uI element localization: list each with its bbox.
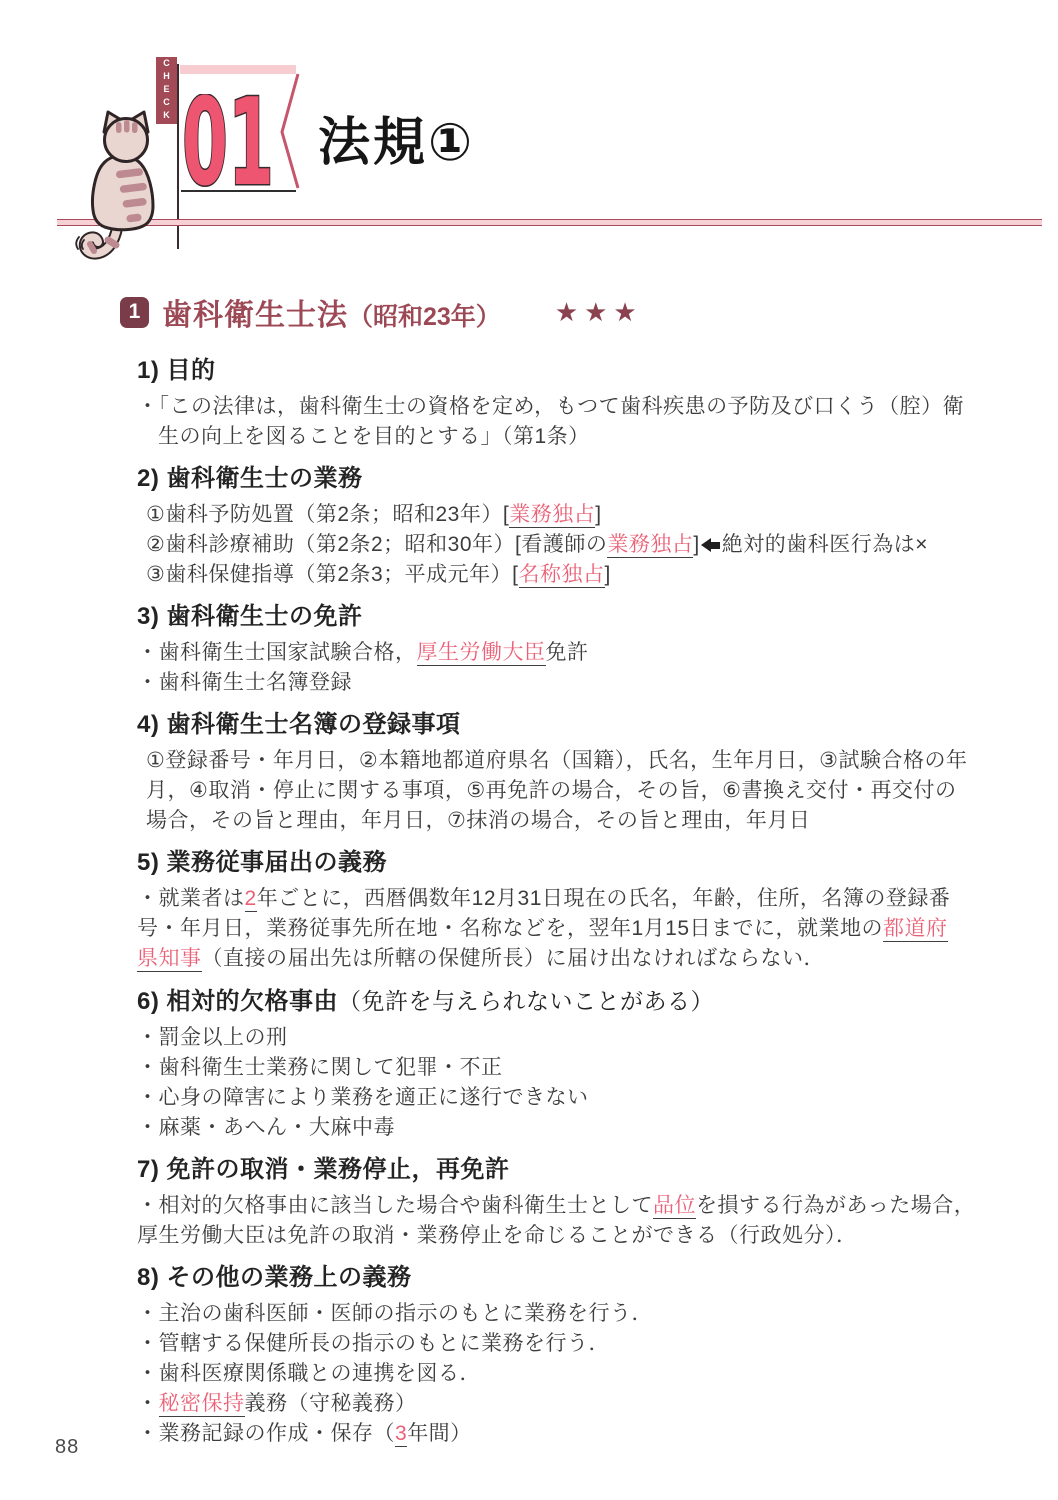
textbook-page: CHECK 01 法規① 1 歯科衛生士法（昭和23年） ★★★ 1) 目的・「…	[0, 0, 1058, 1500]
text-segment: ]	[693, 533, 699, 556]
section-title: 歯科衛生士法（昭和23年）	[162, 290, 501, 334]
chapter-number-text: 01	[182, 94, 274, 194]
text-line: ・就業者は2年ごとに，西暦偶数年12月31日現在の氏名，年齢，住所，名簿の登録番	[137, 884, 1017, 914]
subsection-heading: 4) 歯科衛生士名簿の登録事項	[137, 710, 1017, 740]
section-title-main: 歯科衛生士法	[162, 299, 348, 332]
text-segment: ・歯科衛生士業務に関して犯罪・不正	[137, 1056, 503, 1079]
text-line: ②歯科診療補助（第2条2；昭和30年）[看護師の業務独占]絶対的歯科医行為は×	[137, 530, 1017, 560]
chevron-line	[282, 74, 298, 188]
section-number-badge: 1	[120, 297, 149, 328]
subsection-heading-text: 5) 業務従事届出の義務	[137, 849, 387, 876]
accent-term: 都道府	[883, 917, 948, 942]
page-number: 88	[55, 1436, 79, 1459]
subsection-heading: 6) 相対的欠格事由（免許を与えられないことがある）	[137, 986, 1017, 1017]
text-segment: 場合，その旨と理由，年月日，⑦抹消の場合，その旨と理由，年月日	[146, 809, 810, 832]
subsection-heading-text: 8) その他の業務上の義務	[137, 1264, 412, 1291]
text-line: ・歯科衛生士名簿登録	[137, 668, 1017, 698]
text-line: ・相対的欠格事由に該当した場合や歯科衛生士として品位を損する行為があった場合，	[137, 1191, 1017, 1221]
subsection-heading-text: 1) 目的	[137, 357, 216, 384]
accent-term: 県知事	[137, 947, 202, 972]
text-segment: 年間）	[407, 1422, 472, 1445]
left-arrow-icon	[701, 538, 721, 552]
text-line: ・心身の障害により業務を適正に遂行できない	[137, 1083, 1017, 1113]
accent-term: 3	[395, 1422, 407, 1447]
text-segment: 厚生労働大臣は免許の取消・業務停止を命じることができる（行政処分）．	[137, 1224, 858, 1247]
text-segment: ・罰金以上の刑	[137, 1026, 288, 1049]
text-line: ・歯科衛生士業務に関して犯罪・不正	[137, 1053, 1017, 1083]
text-segment: ・就業者は	[137, 887, 245, 910]
text-segment: ・歯科医療関係職との連携を図る．	[137, 1362, 481, 1385]
text-segment: 義務（守秘義務）	[245, 1392, 417, 1415]
text-line: ・秘密保持義務（守秘義務）	[137, 1389, 1017, 1419]
text-line: ・歯科衛生士国家試験合格，厚生労働大臣免許	[137, 638, 1017, 668]
text-segment: 月，④取消・停止に関する事項，⑤再免許の場合，その旨，⑥書換え交付・再交付の	[146, 779, 956, 802]
text-segment: ・主治の歯科医師・医師の指示のもとに業務を行う．	[137, 1302, 653, 1325]
text-line: ・「この法律は，歯科衛生士の資格を定め，もつて歯科疾患の予防及び口くう（腔）衛	[137, 392, 1017, 422]
text-segment: ①歯科予防処置（第2条；昭和23年）[	[146, 503, 509, 526]
text-segment: ・	[137, 1392, 159, 1415]
header-divider-band	[57, 219, 1042, 226]
subsections: 1) 目的・「この法律は，歯科衛生士の資格を定め，もつて歯科疾患の予防及び口くう…	[137, 356, 1017, 1449]
section-title-note: （昭和23年）	[348, 303, 501, 331]
text-segment: ・心身の障害により業務を適正に遂行できない	[137, 1086, 589, 1109]
text-segment: ・歯科衛生士名簿登録	[137, 671, 352, 694]
subsection-heading-text: 6) 相対的欠格事由	[137, 988, 338, 1015]
subsection: 7) 免許の取消・業務停止，再免許・相対的欠格事由に該当した場合や歯科衛生士とし…	[137, 1155, 1017, 1251]
section-header: 1 歯科衛生士法（昭和23年） ★★★	[120, 290, 643, 334]
text-segment: ・「この法律は，歯科衛生士の資格を定め，もつて歯科疾患の予防及び口くう（腔）衛	[137, 395, 964, 418]
text-segment: ・相対的欠格事由に該当した場合や歯科衛生士として	[137, 1194, 653, 1217]
cat-motion-mark	[76, 237, 79, 249]
subsection-heading-text: 2) 歯科衛生士の業務	[137, 465, 363, 492]
text-segment: （直接の届出先は所轄の保健所長）に届け出なければならない．	[202, 947, 826, 970]
text-segment: ・業務記録の作成・保存（	[137, 1422, 395, 1445]
text-line: ・業務記録の作成・保存（3年間）	[137, 1419, 1017, 1449]
subsection-heading: 5) 業務従事届出の義務	[137, 848, 1017, 878]
subsection-heading: 1) 目的	[137, 356, 1017, 386]
text-line: ・歯科医療関係職との連携を図る．	[137, 1359, 1017, 1389]
chevron-decoration	[276, 72, 302, 190]
importance-stars: ★★★	[555, 297, 643, 328]
text-segment: ①登録番号・年月日，②本籍地都道府県名（国籍），氏名，生年月日，③試験合格の年	[146, 749, 967, 772]
text-segment: を損する行為があった場合，	[696, 1194, 975, 1217]
subsection-heading: 8) その他の業務上の義務	[137, 1263, 1017, 1293]
cat-body	[92, 156, 153, 230]
accent-term: 秘密保持	[159, 1392, 245, 1417]
subsection-heading-text: 3) 歯科衛生士の免許	[137, 603, 363, 630]
accent-term: 品位	[653, 1194, 696, 1219]
cat-tail-stripe	[90, 244, 94, 251]
subsection-heading-suffix: （免許を与えられないことがある）	[338, 988, 714, 1014]
subsection: 5) 業務従事届出の義務・就業者は2年ごとに，西暦偶数年12月31日現在の氏名，…	[137, 848, 1017, 974]
text-segment: 年ごとに，西暦偶数年12月31日現在の氏名，年齢，住所，名簿の登録番	[257, 887, 951, 910]
text-line: ・罰金以上の刑	[137, 1023, 1017, 1053]
subsection-heading: 7) 免許の取消・業務停止，再免許	[137, 1155, 1017, 1185]
accent-term: 厚生労働大臣	[417, 641, 546, 666]
subsection: 3) 歯科衛生士の免許・歯科衛生士国家試験合格，厚生労働大臣免許・歯科衛生士名簿…	[137, 602, 1017, 698]
subsection: 1) 目的・「この法律は，歯科衛生士の資格を定め，もつて歯科疾患の予防及び口くう…	[137, 356, 1017, 452]
subsection-heading: 2) 歯科衛生士の業務	[137, 464, 1017, 494]
text-segment: 生の向上を図ることを目的とする」（第1条）	[158, 425, 590, 448]
text-segment: ③歯科保健指導（第2条3；平成元年）[	[146, 563, 519, 586]
accent-term: 2	[245, 887, 257, 912]
subsection: 6) 相対的欠格事由（免許を与えられないことがある）・罰金以上の刑・歯科衛生士業…	[137, 986, 1017, 1143]
chapter-number-underline	[181, 190, 296, 192]
text-segment: 号・年月日，業務従事先所在地・名称などを，翌年1月15日までに，就業地の	[137, 917, 883, 940]
subsection-heading-text: 7) 免許の取消・業務停止，再免許	[137, 1156, 510, 1183]
text-line: ・主治の歯科医師・医師の指示のもとに業務を行う．	[137, 1299, 1017, 1329]
text-line: 月，④取消・停止に関する事項，⑤再免許の場合，その旨，⑥書換え交付・再交付の	[137, 776, 1017, 806]
text-line: 生の向上を図ることを目的とする」（第1条）	[137, 422, 1017, 452]
text-line: 場合，その旨と理由，年月日，⑦抹消の場合，その旨と理由，年月日	[137, 806, 1017, 836]
text-segment: 免許	[546, 641, 589, 664]
accent-term: 名称独占	[519, 563, 605, 588]
text-line: 厚生労働大臣は免許の取消・業務停止を命じることができる（行政処分）．	[137, 1221, 1017, 1251]
text-segment: ・歯科衛生士国家試験合格，	[137, 641, 417, 664]
chapter-title: 法規①	[318, 100, 475, 175]
cat-tail-stripe	[108, 240, 116, 245]
text-segment: ]	[595, 503, 601, 526]
text-line: ・麻薬・あへん・大麻中毒	[137, 1113, 1017, 1143]
text-segment: ]	[605, 563, 611, 586]
text-line: ①登録番号・年月日，②本籍地都道府県名（国籍），氏名，生年月日，③試験合格の年	[137, 746, 1017, 776]
text-segment: ・麻薬・あへん・大麻中毒	[137, 1116, 395, 1139]
cat-mascot-illustration	[74, 110, 168, 262]
accent-term: 業務独占	[607, 533, 693, 558]
subsection-heading-text: 4) 歯科衛生士名簿の登録事項	[137, 711, 461, 738]
subsection: 2) 歯科衛生士の業務①歯科予防処置（第2条；昭和23年）[業務独占]②歯科診療…	[137, 464, 1017, 590]
text-line: ・管轄する保健所長の指示のもとに業務を行う．	[137, 1329, 1017, 1359]
subsection: 4) 歯科衛生士名簿の登録事項①登録番号・年月日，②本籍地都道府県名（国籍），氏…	[137, 710, 1017, 836]
accent-term: 業務独占	[509, 503, 595, 528]
text-line: 号・年月日，業務従事先所在地・名称などを，翌年1月15日までに，就業地の都道府	[137, 914, 1017, 944]
text-line: ①歯科予防処置（第2条；昭和23年）[業務独占]	[137, 500, 1017, 530]
text-line: 県知事（直接の届出先は所轄の保健所長）に届け出なければならない．	[137, 944, 1017, 974]
subsection: 8) その他の業務上の義務・主治の歯科医師・医師の指示のもとに業務を行う．・管轄…	[137, 1263, 1017, 1449]
subsection-heading: 3) 歯科衛生士の免許	[137, 602, 1017, 632]
text-line: ③歯科保健指導（第2条3；平成元年）[名称独占]	[137, 560, 1017, 590]
text-segment: 絶対的歯科医行為は×	[722, 533, 928, 556]
text-segment: ・管轄する保健所長の指示のもとに業務を行う．	[137, 1332, 610, 1355]
text-segment: ②歯科診療補助（第2条2；昭和30年）[看護師の	[146, 533, 607, 556]
